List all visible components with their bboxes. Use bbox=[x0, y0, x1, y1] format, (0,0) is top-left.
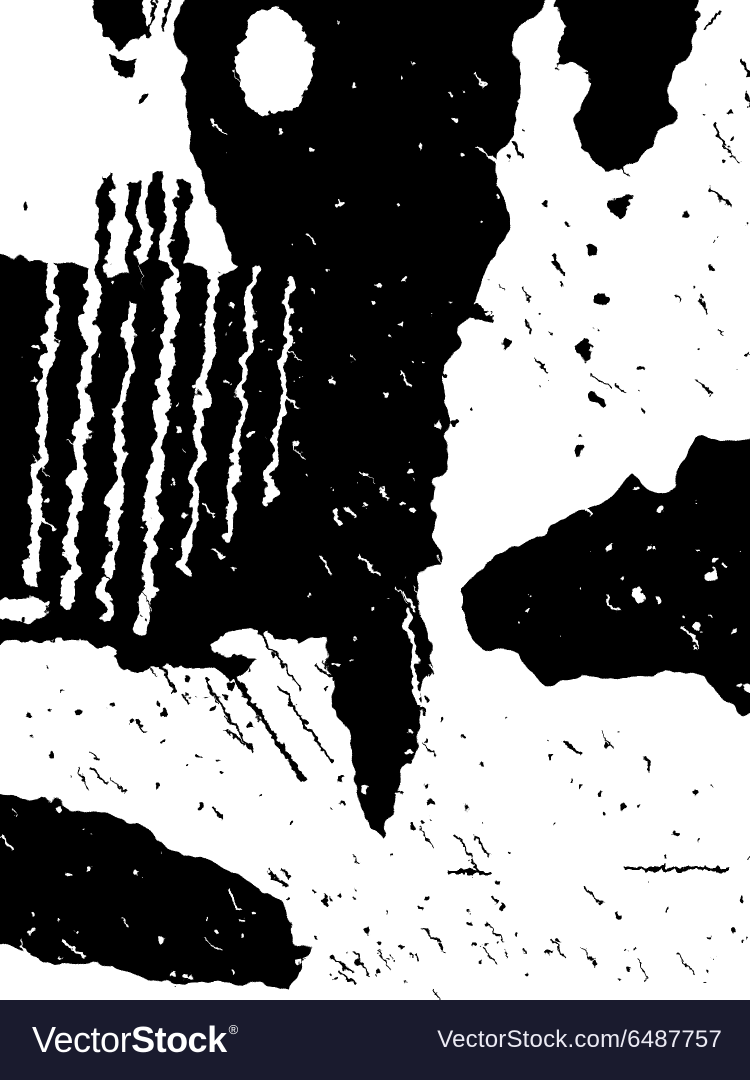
speckle bbox=[224, 380, 227, 383]
speckle bbox=[305, 475, 308, 478]
speckle bbox=[424, 361, 427, 364]
speckle bbox=[402, 76, 404, 78]
speckle bbox=[329, 379, 335, 385]
speckle bbox=[370, 632, 374, 636]
speckle bbox=[697, 348, 699, 350]
trail-blob bbox=[498, 338, 512, 352]
speckle bbox=[210, 705, 216, 711]
speckle bbox=[33, 345, 38, 350]
speckle bbox=[160, 851, 162, 853]
speckle bbox=[632, 486, 636, 490]
speckle bbox=[621, 576, 624, 579]
speckle bbox=[525, 609, 529, 613]
speckle bbox=[681, 614, 686, 619]
speckle bbox=[293, 244, 295, 246]
speckle bbox=[375, 975, 377, 977]
speckle bbox=[253, 814, 256, 817]
speckle bbox=[499, 904, 505, 910]
speckle bbox=[473, 943, 477, 947]
speckle bbox=[399, 322, 403, 326]
speckle bbox=[708, 615, 711, 618]
speckle bbox=[45, 498, 50, 503]
speckle bbox=[427, 673, 429, 675]
speckle bbox=[86, 865, 91, 870]
speckle bbox=[425, 739, 429, 743]
speckle bbox=[419, 906, 423, 910]
speckle bbox=[746, 223, 748, 225]
speckle bbox=[508, 154, 513, 159]
speckle bbox=[389, 854, 392, 857]
speckle bbox=[666, 908, 669, 911]
logo-text-stock: Stock bbox=[131, 1019, 227, 1060]
speckle bbox=[387, 597, 388, 598]
speckle bbox=[448, 262, 454, 268]
speckle bbox=[58, 956, 61, 959]
speckle bbox=[530, 595, 532, 597]
speckle bbox=[315, 935, 319, 939]
speckle bbox=[261, 338, 264, 341]
speckle bbox=[399, 944, 403, 948]
speckle bbox=[278, 130, 283, 135]
speckle bbox=[174, 987, 176, 989]
speckle bbox=[460, 152, 465, 157]
speckle bbox=[436, 732, 439, 735]
speckle bbox=[422, 711, 427, 716]
speckle bbox=[588, 552, 589, 553]
speckle bbox=[423, 784, 427, 788]
speckle bbox=[229, 682, 236, 689]
speckle bbox=[223, 695, 227, 699]
speckle bbox=[275, 801, 277, 803]
speckle bbox=[89, 809, 92, 812]
speckle bbox=[714, 957, 716, 959]
speckle bbox=[430, 313, 432, 315]
speckle bbox=[330, 377, 332, 379]
speckle bbox=[336, 202, 341, 207]
speckle bbox=[285, 896, 289, 900]
speckle bbox=[379, 949, 381, 951]
speckle bbox=[594, 73, 597, 76]
speckle bbox=[328, 646, 332, 650]
speckle bbox=[85, 826, 87, 828]
speckle bbox=[728, 145, 731, 148]
speckle bbox=[577, 436, 581, 440]
speckle bbox=[696, 501, 698, 503]
speckle bbox=[229, 595, 231, 597]
speckle bbox=[580, 675, 582, 677]
speckle bbox=[420, 819, 423, 822]
white-feather-1 bbox=[5, 639, 115, 671]
speckle bbox=[568, 781, 571, 784]
speckle bbox=[711, 783, 714, 786]
speckle bbox=[171, 973, 176, 978]
speckle bbox=[111, 280, 114, 283]
speckle bbox=[646, 545, 651, 550]
speckle bbox=[182, 513, 187, 518]
speckle bbox=[409, 461, 411, 463]
speckle bbox=[16, 816, 17, 817]
speckle bbox=[161, 712, 168, 719]
speckle bbox=[34, 937, 37, 940]
speckle bbox=[200, 417, 205, 422]
trail-blob bbox=[574, 445, 588, 459]
trail-blob bbox=[612, 195, 632, 215]
speckle bbox=[694, 791, 700, 797]
speckle bbox=[726, 110, 731, 115]
speckle bbox=[61, 689, 63, 691]
speckle bbox=[435, 422, 441, 428]
speckle bbox=[56, 807, 61, 812]
speckle bbox=[707, 266, 711, 270]
speckle bbox=[389, 336, 392, 339]
speckle bbox=[538, 313, 541, 316]
speckle bbox=[246, 616, 252, 622]
speckle bbox=[228, 384, 231, 387]
speckle bbox=[233, 567, 237, 571]
speckle bbox=[496, 196, 500, 200]
speckle bbox=[462, 179, 465, 182]
speckle bbox=[331, 703, 335, 707]
blob-hole-5 bbox=[604, 544, 612, 552]
speckle bbox=[76, 930, 80, 934]
speckle bbox=[29, 737, 32, 740]
speckle bbox=[316, 725, 322, 731]
speckle bbox=[618, 731, 620, 733]
speckle bbox=[497, 63, 500, 66]
speckle bbox=[440, 945, 445, 950]
speckle bbox=[552, 261, 558, 267]
speckle bbox=[520, 620, 523, 623]
speckle bbox=[176, 428, 182, 434]
speckle bbox=[389, 689, 394, 694]
speckle bbox=[410, 508, 415, 513]
speckle bbox=[486, 311, 491, 316]
speckle bbox=[721, 159, 726, 164]
speckle bbox=[98, 355, 101, 358]
speckle bbox=[478, 958, 482, 962]
speckle bbox=[405, 576, 406, 577]
speckle bbox=[451, 418, 457, 424]
speckle bbox=[407, 469, 412, 474]
speckle bbox=[326, 559, 329, 562]
speckle bbox=[254, 613, 260, 619]
speckle bbox=[145, 588, 148, 591]
speckle bbox=[242, 917, 245, 920]
blob-hole-6 bbox=[656, 506, 664, 514]
trail-blob bbox=[471, 306, 489, 324]
speckle bbox=[354, 891, 356, 893]
speckle bbox=[250, 667, 253, 670]
speckle bbox=[287, 983, 289, 985]
speckle bbox=[722, 564, 725, 567]
speckle bbox=[446, 629, 450, 633]
speckle bbox=[538, 387, 540, 389]
speckle bbox=[288, 820, 293, 825]
speckle bbox=[638, 389, 639, 390]
speckle bbox=[394, 959, 396, 961]
speckle bbox=[397, 792, 400, 795]
speckle bbox=[657, 597, 662, 602]
speckle bbox=[332, 489, 334, 491]
speckle bbox=[117, 982, 119, 984]
speckle bbox=[627, 968, 632, 973]
speckle bbox=[747, 856, 750, 859]
speckle bbox=[246, 722, 253, 729]
speckle bbox=[696, 838, 699, 841]
speckle bbox=[204, 917, 207, 920]
speckle bbox=[489, 278, 490, 279]
speckle bbox=[425, 836, 429, 840]
trail-blob bbox=[579, 344, 591, 356]
speckle bbox=[691, 285, 696, 290]
speckle bbox=[546, 740, 548, 742]
speckle bbox=[546, 950, 551, 955]
speckle bbox=[548, 754, 552, 758]
speckle bbox=[549, 331, 553, 335]
speckle bbox=[739, 898, 744, 903]
speckle bbox=[405, 750, 410, 755]
speckle bbox=[410, 825, 416, 831]
speckle bbox=[707, 970, 711, 974]
speckle bbox=[462, 91, 465, 94]
speckle bbox=[22, 618, 27, 623]
speckle bbox=[70, 778, 71, 779]
speckle bbox=[440, 371, 445, 376]
speckle bbox=[412, 481, 414, 483]
speckle bbox=[34, 800, 39, 805]
speckle bbox=[647, 880, 649, 882]
speckle bbox=[452, 118, 457, 123]
speckle bbox=[47, 751, 54, 758]
speckle bbox=[431, 261, 437, 267]
speckle bbox=[156, 701, 160, 705]
speckle bbox=[329, 809, 331, 811]
speckle bbox=[299, 377, 301, 379]
speckle bbox=[363, 504, 367, 508]
speckle bbox=[581, 785, 584, 788]
speckle bbox=[440, 718, 444, 722]
speckle bbox=[248, 432, 253, 437]
trail-blob bbox=[590, 393, 604, 407]
speckle bbox=[333, 975, 336, 978]
speckle bbox=[442, 733, 444, 735]
speckle bbox=[353, 83, 356, 86]
speckle bbox=[230, 303, 236, 309]
speckle bbox=[371, 740, 376, 745]
speckle bbox=[258, 793, 262, 797]
speckle bbox=[349, 660, 352, 663]
speckle bbox=[191, 384, 196, 389]
speckle bbox=[153, 329, 155, 331]
speckle bbox=[704, 82, 705, 83]
speckle bbox=[48, 710, 51, 713]
speckle bbox=[593, 961, 597, 965]
speckle bbox=[625, 949, 628, 952]
speckle bbox=[333, 587, 336, 590]
speckle bbox=[446, 132, 448, 134]
speckle bbox=[333, 661, 339, 667]
speckle bbox=[559, 284, 562, 287]
speckle bbox=[196, 753, 200, 757]
trail-blob bbox=[454, 274, 466, 286]
speckle bbox=[553, 822, 556, 825]
speckle bbox=[198, 802, 205, 809]
speckle bbox=[340, 801, 344, 805]
speckle bbox=[496, 498, 498, 500]
speckle bbox=[31, 912, 36, 917]
speckle bbox=[449, 301, 451, 303]
speckle bbox=[187, 974, 193, 980]
speckle bbox=[732, 929, 736, 933]
speckle bbox=[466, 920, 472, 926]
speckle bbox=[555, 67, 559, 71]
speckle bbox=[140, 615, 142, 617]
speckle bbox=[240, 933, 244, 937]
speckle bbox=[403, 803, 405, 805]
speckle bbox=[230, 970, 234, 974]
speckle bbox=[337, 23, 339, 25]
splat-dot bbox=[22, 202, 28, 208]
speckle bbox=[370, 606, 374, 610]
speckle bbox=[466, 909, 470, 913]
speckle bbox=[480, 221, 483, 224]
speckle bbox=[373, 590, 375, 592]
speckle bbox=[177, 403, 181, 407]
trail-blob bbox=[595, 292, 611, 308]
speckle bbox=[227, 333, 228, 334]
speckle bbox=[253, 910, 256, 913]
speckle bbox=[508, 853, 511, 856]
stock-image-preview: VectorStock® VectorStock.com/6487757 bbox=[0, 0, 750, 1080]
blob-hole-3 bbox=[695, 627, 705, 637]
speckle bbox=[129, 719, 133, 723]
speckle bbox=[417, 956, 420, 959]
speckle bbox=[29, 928, 34, 933]
speckle bbox=[372, 300, 377, 305]
speckle bbox=[543, 202, 548, 207]
speckle bbox=[269, 734, 274, 739]
speckle bbox=[375, 941, 380, 946]
speckle bbox=[739, 550, 741, 552]
blob-hole-1 bbox=[634, 589, 646, 601]
speckle bbox=[297, 327, 302, 332]
trail-blob bbox=[583, 134, 599, 150]
speckle bbox=[428, 800, 434, 806]
speckle bbox=[637, 805, 639, 807]
speckle bbox=[56, 919, 58, 921]
speckle bbox=[407, 732, 409, 734]
speckle bbox=[391, 798, 395, 802]
speckle bbox=[639, 367, 644, 372]
speckle bbox=[66, 960, 70, 964]
speckle bbox=[343, 778, 348, 783]
speckle bbox=[395, 718, 400, 723]
speckle bbox=[174, 978, 177, 981]
speckle bbox=[294, 380, 296, 382]
speckle bbox=[485, 944, 488, 947]
speckle bbox=[731, 629, 736, 634]
speckle bbox=[425, 696, 430, 701]
speckle bbox=[495, 941, 499, 945]
trail-blob bbox=[625, 85, 643, 103]
speckle bbox=[579, 481, 582, 484]
speckle bbox=[468, 408, 472, 412]
speckle bbox=[162, 738, 165, 741]
speckle bbox=[386, 911, 388, 913]
speckle bbox=[406, 982, 408, 984]
speckle bbox=[256, 920, 260, 924]
speckle bbox=[525, 972, 529, 976]
speckle bbox=[475, 270, 481, 276]
speckle bbox=[147, 658, 151, 662]
speckle bbox=[138, 807, 142, 811]
speckle bbox=[523, 499, 525, 501]
speckle bbox=[742, 940, 746, 944]
speckle bbox=[335, 728, 339, 732]
speckle bbox=[226, 154, 227, 155]
speckle bbox=[301, 951, 305, 955]
speckle bbox=[317, 795, 319, 797]
speckle bbox=[599, 791, 604, 796]
speckle bbox=[504, 673, 507, 676]
speckle bbox=[143, 970, 147, 974]
speckle bbox=[522, 127, 525, 130]
speckle bbox=[147, 535, 149, 537]
speckle bbox=[442, 952, 443, 953]
speckle bbox=[330, 581, 336, 587]
speckle bbox=[493, 69, 495, 71]
speckle bbox=[319, 712, 322, 715]
speckle bbox=[130, 603, 132, 605]
speckle bbox=[159, 937, 165, 943]
speckle bbox=[356, 482, 358, 484]
speckle bbox=[347, 953, 349, 955]
speckle bbox=[558, 638, 560, 640]
speckle bbox=[163, 708, 167, 712]
speckle bbox=[258, 311, 259, 312]
speckle bbox=[469, 863, 470, 864]
speckle bbox=[566, 223, 569, 226]
speckle bbox=[707, 936, 710, 939]
speckle bbox=[427, 817, 429, 819]
speckle bbox=[408, 714, 412, 718]
speckle bbox=[143, 977, 145, 979]
speckle bbox=[703, 982, 705, 984]
speckle bbox=[351, 896, 355, 900]
vectorstock-logo: VectorStock® bbox=[32, 1022, 238, 1058]
speckle bbox=[215, 929, 220, 934]
speckle bbox=[383, 392, 389, 398]
speckle bbox=[182, 975, 187, 980]
speckle bbox=[398, 500, 403, 505]
speckle bbox=[703, 112, 705, 114]
splat-dot bbox=[141, 96, 149, 104]
speckle bbox=[310, 147, 314, 151]
speckle bbox=[434, 702, 437, 705]
speckle bbox=[282, 378, 288, 384]
speckle bbox=[338, 892, 342, 896]
speckle bbox=[108, 703, 114, 709]
drip-finger bbox=[126, 183, 140, 305]
speckle bbox=[183, 675, 190, 682]
speckle bbox=[712, 239, 714, 241]
speckle bbox=[357, 629, 359, 631]
speckle bbox=[66, 871, 72, 877]
speckle bbox=[640, 408, 644, 412]
speckle bbox=[20, 357, 21, 358]
speckle bbox=[318, 736, 324, 742]
speckle bbox=[386, 958, 388, 960]
